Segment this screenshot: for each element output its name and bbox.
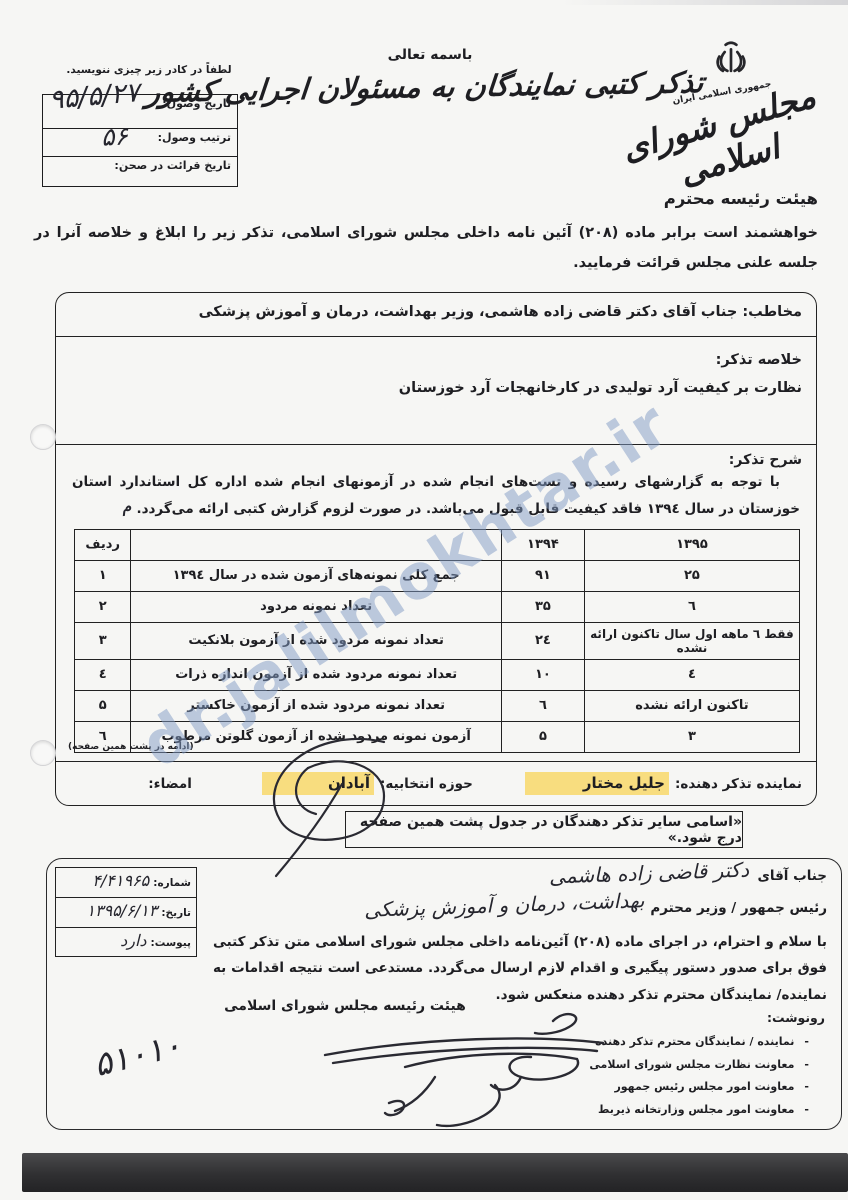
addressee-handwritten: دکتر قاضی زاده هاشمی (549, 858, 750, 889)
cell-1395: ۳ (584, 721, 799, 752)
rep-name-highlighted: جلیل مختار (525, 772, 669, 795)
header-1394: ۱۳۹۴ (501, 529, 584, 560)
reception-date-label: تاریخ وصول: (162, 97, 231, 110)
stamp-attachment-label: پیوست: (151, 937, 191, 949)
cell-1395: ۲۵ (584, 560, 799, 591)
role-handwritten: بهداشت، درمان و آموزش پزشکی (363, 888, 644, 922)
dash-bullet: - (804, 1076, 809, 1099)
basmala-text: باسمه تعالی (250, 47, 610, 63)
cell-desc: تعداد نمونه مردود شده از آزمون بلانکیت (131, 622, 502, 659)
stamp-box: شماره: ۴/۴۱۹۶۵ تاریخ: ۱۳۹۵/۶/۱۳ پیوست: د… (55, 867, 197, 957)
handwritten-number: ۵۱۰۱۰ (90, 1025, 185, 1084)
cell-1394: ٦ (501, 690, 584, 721)
punch-hole (30, 740, 56, 766)
cell-no: ٤ (75, 659, 131, 690)
addressee-printed: جناب آقای (758, 868, 827, 884)
cell-1395: ٤ (584, 659, 799, 690)
notice-main-box: مخاطب: جناب آقای دکتر قاضی زاده هاشمی، و… (55, 292, 817, 806)
stamp-number-row: شماره: ۴/۴۱۹۶۵ (56, 868, 196, 898)
cell-1394: ۳۵ (501, 591, 584, 622)
reception-box: تاریخ وصول: ۹۵/۵/۲۷ ترتیب وصول: ۵۶ تاریخ… (42, 94, 238, 187)
description-label: شرح تذکر: (70, 452, 802, 468)
description-hand-mark: م (101, 493, 134, 525)
stamp-number-handwritten: ۴/۴۱۹۶۵ (92, 871, 149, 890)
dash-bullet: - (804, 1031, 809, 1054)
continue-on-back-note: (ادامه در پشت همین صفحه) (68, 742, 194, 752)
presidium-signature (285, 1007, 645, 1132)
letter-body: با سلام و احترام، در اجرای ماده (۲۰۸) آئ… (213, 929, 827, 1008)
signature-label: امضاء: (148, 776, 192, 792)
stamp-date-label: تاریخ: (161, 907, 191, 919)
description-section: شرح تذکر: با توجه به گزارشهای رسیده و تس… (56, 445, 816, 523)
stamp-attachment-row: پیوست: دارد (56, 928, 196, 958)
summary-text: نظارت بر کیفیت آرد تولیدی در کارخانهجات … (70, 374, 802, 402)
scan-artifact-top (560, 0, 848, 5)
cell-desc: جمع کلی نمونه‌های آزمون شده در سال ۱۳۹٤ (131, 560, 502, 591)
cell-desc: تعداد نمونه مردود (131, 591, 502, 622)
role-printed: رئیس جمهور / وزیر محترم (650, 900, 827, 916)
summary-section: خلاصه تذکر: نظارت بر کیفیت آرد تولیدی در… (56, 337, 816, 445)
stamp-date-handwritten: ۱۳۹۵/۶/۱۳ (86, 901, 157, 920)
reception-order-label: ترتیب وصول: (158, 131, 231, 144)
stamp-date-row: تاریخ: ۱۳۹۵/۶/۱۳ (56, 898, 196, 928)
cell-no: ۵ (75, 690, 131, 721)
reception-date-row: تاریخ وصول: ۹۵/۵/۲۷ (43, 95, 237, 129)
header-row-number: ردیف (75, 529, 131, 560)
summary-label: خلاصه تذکر: (70, 346, 802, 374)
letter-addressee-line: جناب آقای دکتر قاضی زاده هاشمی (549, 861, 827, 885)
cell-1394: ۲٤ (501, 622, 584, 659)
table-row: ٦ ۳۵ تعداد نمونه مردود ۲ (75, 591, 800, 622)
reading-date-row: تاریخ قرائت در صحن: (43, 157, 237, 185)
table-row: ٤ ۱۰ تعداد نمونه مردود شده از آزمون اندا… (75, 659, 800, 690)
iran-emblem-icon (713, 40, 749, 82)
reception-date-handwritten: ۹۵/۵/۲۷ (48, 77, 141, 116)
results-table: ۱۳۹۵ ۱۳۹۴ ردیف ۲۵ ۹۱ جمع کلی نمونه‌های آ… (74, 529, 800, 753)
table-header-row: ۱۳۹۵ ۱۳۹۴ ردیف (75, 529, 800, 560)
addressee-line: مخاطب: جناب آقای دکتر قاضی زاده هاشمی، و… (56, 293, 816, 337)
representative-row: نماینده تذکر دهنده: جلیل مختار حوزه انتخ… (56, 762, 816, 806)
salutation-heading: هیئت رئیسه محترم (664, 189, 818, 208)
cell-1395: تاکنون ارائه نشده (584, 690, 799, 721)
punch-hole (30, 424, 56, 450)
majlis-logo: جمهوری اسلامی ایران مجلس شورای اسلامی (604, 34, 844, 199)
cell-no: ۱ (75, 560, 131, 591)
header-desc (131, 529, 502, 560)
table-row: فقط ٦ ماهه اول سال تاکنون ارائه نشده ۲٤ … (75, 622, 800, 659)
stamp-attachment-handwritten: دارد (120, 931, 146, 950)
description-text: با توجه به گزارشهای رسیده و تست‌های انجا… (72, 470, 800, 523)
cell-no: ۳ (75, 622, 131, 659)
cell-1394: ۹۱ (501, 560, 584, 591)
cell-1395: فقط ٦ ماهه اول سال تاکنون ارائه نشده (584, 622, 799, 659)
rep-label: نماینده تذکر دهنده: (675, 776, 802, 792)
scan-artifact-bottom-bar (22, 1153, 848, 1192)
dash-bullet: - (804, 1054, 809, 1077)
table-row: تاکنون ارائه نشده ٦ تعداد نمونه مردود شد… (75, 690, 800, 721)
representative-signature (246, 724, 406, 884)
do-not-write-note: لطفاً در کادر زیر چیزی ننویسید. (50, 64, 248, 76)
cell-desc: تعداد نمونه مردود شده از آزمون خاکستر (131, 690, 502, 721)
cell-desc: تعداد نمونه مردود شده از آزمون اندازه ذر… (131, 659, 502, 690)
salutation-body: خواهشمند است برابر ماده (۲۰۸) آئین نامه … (34, 219, 818, 278)
cell-no: ۲ (75, 591, 131, 622)
scanned-document-page: باسمه تعالی تذکر کتبی نمایندگان به مسئول… (0, 0, 848, 1200)
forwarding-letter-box: شماره: ۴/۴۱۹۶۵ تاریخ: ۱۳۹۵/۶/۱۳ پیوست: د… (46, 858, 842, 1130)
letter-role-line: رئیس جمهور / وزیر محترم بهداشت، درمان و … (364, 893, 827, 917)
cell-1395: ٦ (584, 591, 799, 622)
dash-bullet: - (804, 1099, 809, 1122)
reception-order-row: ترتیب وصول: ۵۶ (43, 129, 237, 157)
table-row: ۲۵ ۹۱ جمع کلی نمونه‌های آزمون شده در سال… (75, 560, 800, 591)
cell-1394: ۵ (501, 721, 584, 752)
header-1395: ۱۳۹۵ (584, 529, 799, 560)
stamp-number-label: شماره: (153, 877, 191, 889)
description-paragraph: با توجه به گزارشهای رسیده و تست‌های انجا… (72, 474, 800, 517)
reception-order-handwritten: ۵۶ (100, 121, 128, 151)
reading-date-label: تاریخ قرائت در صحن: (114, 159, 231, 172)
cell-1394: ۱۰ (501, 659, 584, 690)
